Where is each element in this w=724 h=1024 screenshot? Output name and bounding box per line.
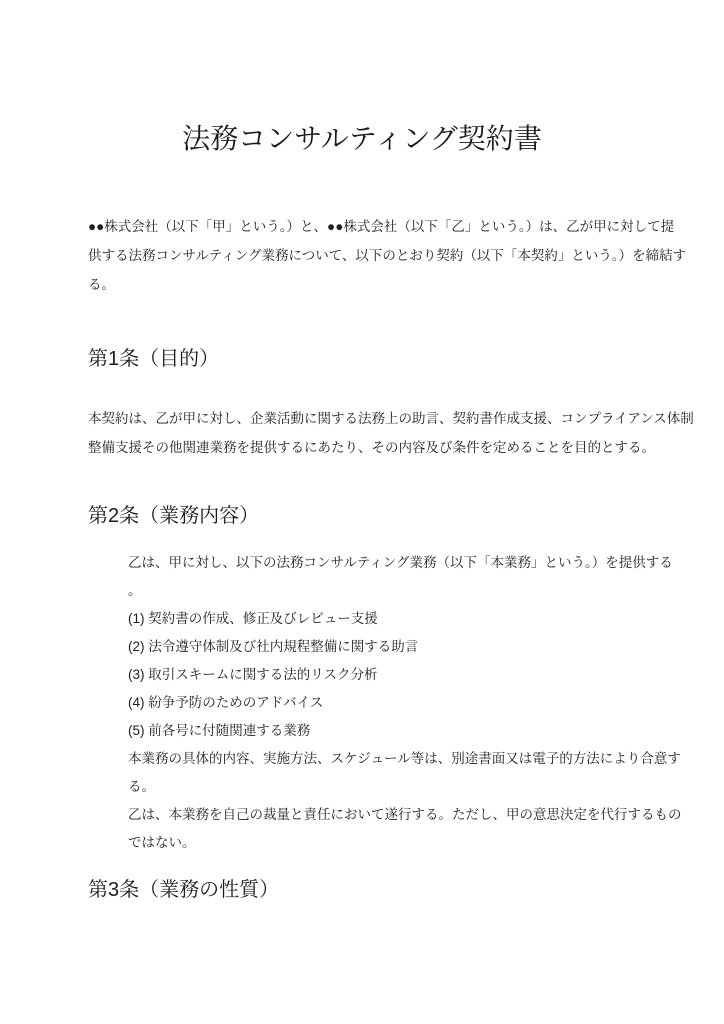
article1-line: 本契約は、乙が甲に対し、企業活動に関する法務上の助言、契約書作成支援、コンプライ…	[88, 404, 694, 433]
article2-line: ではない。	[128, 829, 682, 857]
article1-line: 整備支援その他関連業務を提供するにあたり、その内容及び条件を定めることを目的とす…	[88, 433, 694, 462]
article2-list-item: (5) 前各号に付随関連する業務	[128, 717, 682, 745]
article3-heading: 第3条（業務の性質）	[88, 877, 279, 903]
article2-line: 。	[128, 577, 682, 605]
article2-line: る。	[128, 773, 682, 801]
intro-line: 供する法務コンサルティング業務について、以下のとおり契約（以下「本契約」という。…	[88, 241, 686, 270]
contract-document-page: 法務コンサルティング契約書 ●●株式会社（以下「甲」という。）と、●●株式会社（…	[0, 0, 724, 1024]
article2-line: 乙は、甲に対し、以下の法務コンサルティング業務（以下「本業務」という。）を提供す…	[128, 549, 682, 577]
document-title: 法務コンサルティング契約書	[0, 121, 724, 157]
article1-body: 本契約は、乙が甲に対し、企業活動に関する法務上の助言、契約書作成支援、コンプライ…	[88, 404, 694, 462]
article2-heading: 第2条（業務内容）	[88, 503, 259, 529]
article2-list-item: (3) 取引スキームに関する法的リスク分析	[128, 661, 682, 689]
article1-heading: 第1条（目的）	[88, 346, 219, 372]
article2-line: 乙は、本業務を自己の裁量と責任において遂行する。ただし、甲の意思決定を代行するも…	[128, 801, 682, 829]
article2-list-item: (1) 契約書の作成、修正及びレビュー支援	[128, 605, 682, 633]
article2-body: 乙は、甲に対し、以下の法務コンサルティング業務（以下「本業務」という。）を提供す…	[128, 549, 682, 857]
article2-list-item: (4) 紛争予防のためのアドバイス	[128, 689, 682, 717]
intro-paragraph: ●●株式会社（以下「甲」という。）と、●●株式会社（以下「乙」という。）は、乙が…	[88, 212, 686, 299]
article2-list-item: (2) 法令遵守体制及び社内規程整備に関する助言	[128, 633, 682, 661]
article2-line: 本業務の具体的内容、実施方法、スケジュール等は、別途書面又は電子的方法により合意…	[128, 745, 682, 773]
intro-line: ●●株式会社（以下「甲」という。）と、●●株式会社（以下「乙」という。）は、乙が…	[88, 212, 686, 241]
intro-line: る。	[88, 270, 686, 299]
